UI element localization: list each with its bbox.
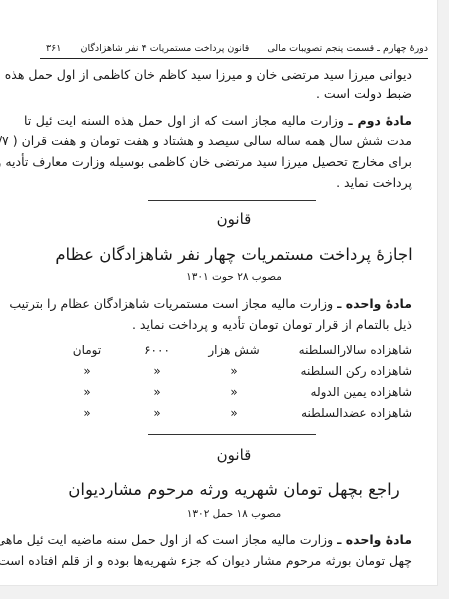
header-section: دورهٔ چهارم ـ قسمت پنجم تصویبات مالی: [267, 43, 428, 54]
article-label: مادهٔ واحده ـ: [337, 532, 412, 547]
currency-unit: تومان: [62, 343, 112, 357]
article-label: مادهٔ واحده ـ: [337, 296, 412, 311]
law-label: قانون: [40, 210, 428, 228]
amount-words: شش هزار: [204, 343, 264, 357]
paragraph-line: ذیل بالتمام از قرار تومان تومان تأدیه و …: [24, 316, 412, 334]
header-topic: قانون پرداخت مستمریات ۴ نفر شاهزادگان: [81, 43, 250, 54]
amount-words: «: [204, 364, 264, 378]
amount-words: «: [204, 385, 264, 399]
article-text: وزارت مالیه مجاز است که از اول حمل سنه م…: [0, 532, 333, 547]
amount-number: «: [132, 364, 182, 378]
article-2-label: مادهٔ دوم ـ: [348, 113, 412, 128]
amount-words: «: [204, 406, 264, 420]
prince-name: شاهزاده رکن السلطنه: [301, 364, 412, 378]
currency-unit: «: [62, 364, 112, 378]
running-header: دورهٔ چهارم ـ قسمت پنجم تصویبات مالی قان…: [40, 36, 428, 54]
approval-date: مصوب ۱۸ حمل ۱۳۰۲: [40, 508, 428, 520]
paragraph-line: پرداخت نماید .: [24, 174, 412, 192]
table-row: شاهزاده سالارالسلطنه شش هزار ۶۰۰۰ تومان: [52, 343, 412, 361]
paragraph-line: دیوانی میرزا سید مرتضی خان و میرزا سید ک…: [24, 66, 412, 84]
currency-unit: «: [62, 406, 112, 420]
article-2-text: وزارت مالیه مجاز است که از اول حمل هذه ا…: [24, 113, 344, 128]
amount-number: «: [132, 385, 182, 399]
section-divider: [148, 434, 316, 435]
prince-name: شاهزاده سالارالسلطنه: [299, 343, 412, 357]
approval-date: مصوب ۲۸ حوت ۱۳۰۱: [40, 271, 428, 283]
article-2-line: مادهٔ دوم ـ وزارت مالیه مجاز است که از ا…: [24, 112, 412, 130]
table-row: شاهزاده عضدالسلطنه « « «: [52, 406, 412, 424]
page-number: ۳۶۱: [46, 43, 61, 54]
law-title: اجازهٔ پرداخت مستمریات چهار نفر شاهزادگا…: [40, 245, 428, 264]
law-title: راجع بچهل تومان شهریه ورثه مرحوم مشاردیو…: [40, 480, 428, 499]
paragraph-line: برای مخارج تحصیل میرزا سید مرتضی خان کاظ…: [24, 153, 412, 171]
table-row: شاهزاده یمین الدوله « « «: [52, 385, 412, 403]
document-page: دورهٔ چهارم ـ قسمت پنجم تصویبات مالی قان…: [0, 0, 438, 586]
header-rule: [40, 58, 428, 59]
article-text: وزارت مالیه مجاز است مستمریات شاهزادگان …: [9, 296, 333, 311]
amount-number: «: [132, 406, 182, 420]
currency-unit: «: [62, 385, 112, 399]
article-line: مادهٔ واحده ـ وزارت مالیه مجاز است که از…: [24, 531, 412, 549]
paragraph-line: مدت شش سال همه ساله سالی سیصد و هشتاد و …: [24, 132, 412, 150]
law-label: قانون: [40, 446, 428, 464]
section-divider: [148, 200, 316, 201]
paragraph-line: چهل تومان بورثه مرحوم مشار دیوان که جزء …: [24, 552, 412, 570]
article-line: مادهٔ واحده ـ وزارت مالیه مجاز است مستمر…: [24, 295, 412, 313]
prince-name: شاهزاده عضدالسلطنه: [301, 406, 412, 420]
table-row: شاهزاده رکن السلطنه « « «: [52, 364, 412, 382]
prince-name: شاهزاده یمین الدوله: [311, 385, 412, 399]
paragraph-line: ضبط دولت است .: [24, 85, 412, 103]
amount-number: ۶۰۰۰: [132, 343, 182, 357]
